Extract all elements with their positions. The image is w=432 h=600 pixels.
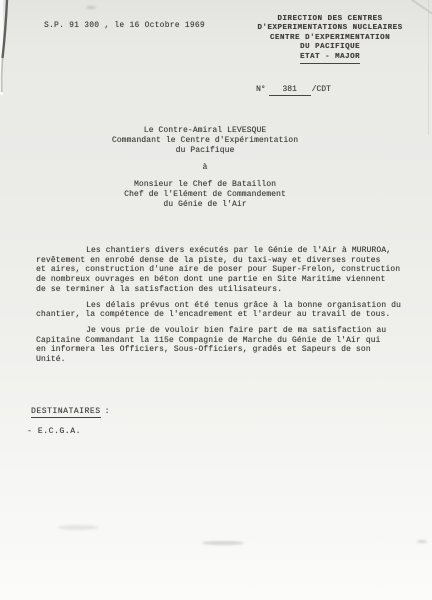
body-line: chantier, la compétence de l'encadrement…	[36, 310, 414, 320]
right-edge-scan-line	[428, 0, 429, 135]
destinataires-colon: :	[105, 407, 110, 416]
recipient-line-role: Chef de l'Elément de Commandement	[95, 190, 315, 200]
org-line-experimentations: D'EXPERIMENTATIONS NUCLEAIRES	[250, 24, 410, 33]
addressee-separator-a: à	[95, 163, 315, 173]
scan-smudge	[58, 525, 98, 530]
sender-line-role: Commandant le Centre d'Expérimentation	[95, 136, 315, 146]
letter-body: Les chantiers divers exécutés par le Gén…	[36, 246, 414, 371]
body-line: Les chantiers divers exécutés par le Gén…	[36, 246, 414, 256]
scanned-letter-page: S.P. 91 300 , le 16 Octobre 1969 DIRECTI…	[0, 0, 432, 600]
destinataire-item-ecga: - E.C.G.A.	[27, 427, 81, 436]
ref-suffix: /CDT	[312, 85, 331, 94]
org-line-etat-major: ETAT - MAJOR	[300, 53, 360, 64]
body-line: en informera les Officiers, Sous-Officie…	[36, 345, 414, 355]
body-line: et aires, construction d'une aire de pos…	[36, 265, 414, 275]
destinataires-heading: DESTINATAIRES:	[31, 407, 110, 418]
body-line: revêtement en enrobé dense de la piste, …	[36, 256, 414, 266]
scan-smudge	[202, 541, 244, 545]
org-line-pacifique: DU PACIFIQUE	[250, 43, 410, 52]
scan-smudge	[417, 540, 427, 543]
org-line-direction: DIRECTION DES CENTRES	[250, 15, 410, 24]
body-line: de se terminer à la satisfaction des uti…	[36, 285, 414, 295]
sender-lines: Le Contre-Amiral LEVESQUE Commandant le …	[95, 126, 315, 156]
body-line: Je vous prie de vouloir bien faire part …	[36, 326, 414, 336]
page-left-edge-shadow	[0, 0, 14, 95]
org-line-centre: CENTRE D'EXPERIMENTATION	[250, 34, 410, 43]
recipient-lines: Monsieur le Chef de Bataillon Chef de l'…	[95, 180, 315, 210]
body-line: Les délais prévus ont été tenus grâce à …	[36, 301, 414, 311]
addressee-block: Le Contre-Amiral LEVESQUE Commandant le …	[95, 126, 315, 210]
recipient-line-title: Monsieur le Chef de Bataillon	[95, 180, 315, 190]
scan-smudge	[86, 6, 96, 9]
paragraph-satisfaction: Je vous prie de vouloir bien faire part …	[36, 326, 414, 365]
body-line: de nombreux ouvrages en béton dont une p…	[36, 275, 414, 285]
paragraph-chantiers: Les chantiers divers exécutés par le Gén…	[36, 246, 414, 295]
ref-number: 381	[269, 85, 311, 96]
body-line: Unité.	[36, 355, 414, 365]
reference-number-line: N°381/CDT	[256, 85, 331, 96]
letterhead-org-block: DIRECTION DES CENTRES D'EXPERIMENTATIONS…	[250, 15, 410, 64]
ref-prefix: N°	[256, 85, 266, 94]
postal-sector-date-line: S.P. 91 300 , le 16 Octobre 1969	[44, 22, 205, 30]
body-line: Capitaine Commandant la 115e Compagnie d…	[36, 336, 414, 346]
destinataires-label: DESTINATAIRES	[31, 407, 101, 418]
sender-line-org: du Pacifique	[95, 146, 315, 156]
paragraph-delais: Les délais prévus ont été tenus grâce à …	[36, 301, 414, 320]
sender-line-name: Le Contre-Amiral LEVESQUE	[95, 126, 315, 136]
recipient-line-org: du Génie de l'Air	[95, 200, 315, 210]
